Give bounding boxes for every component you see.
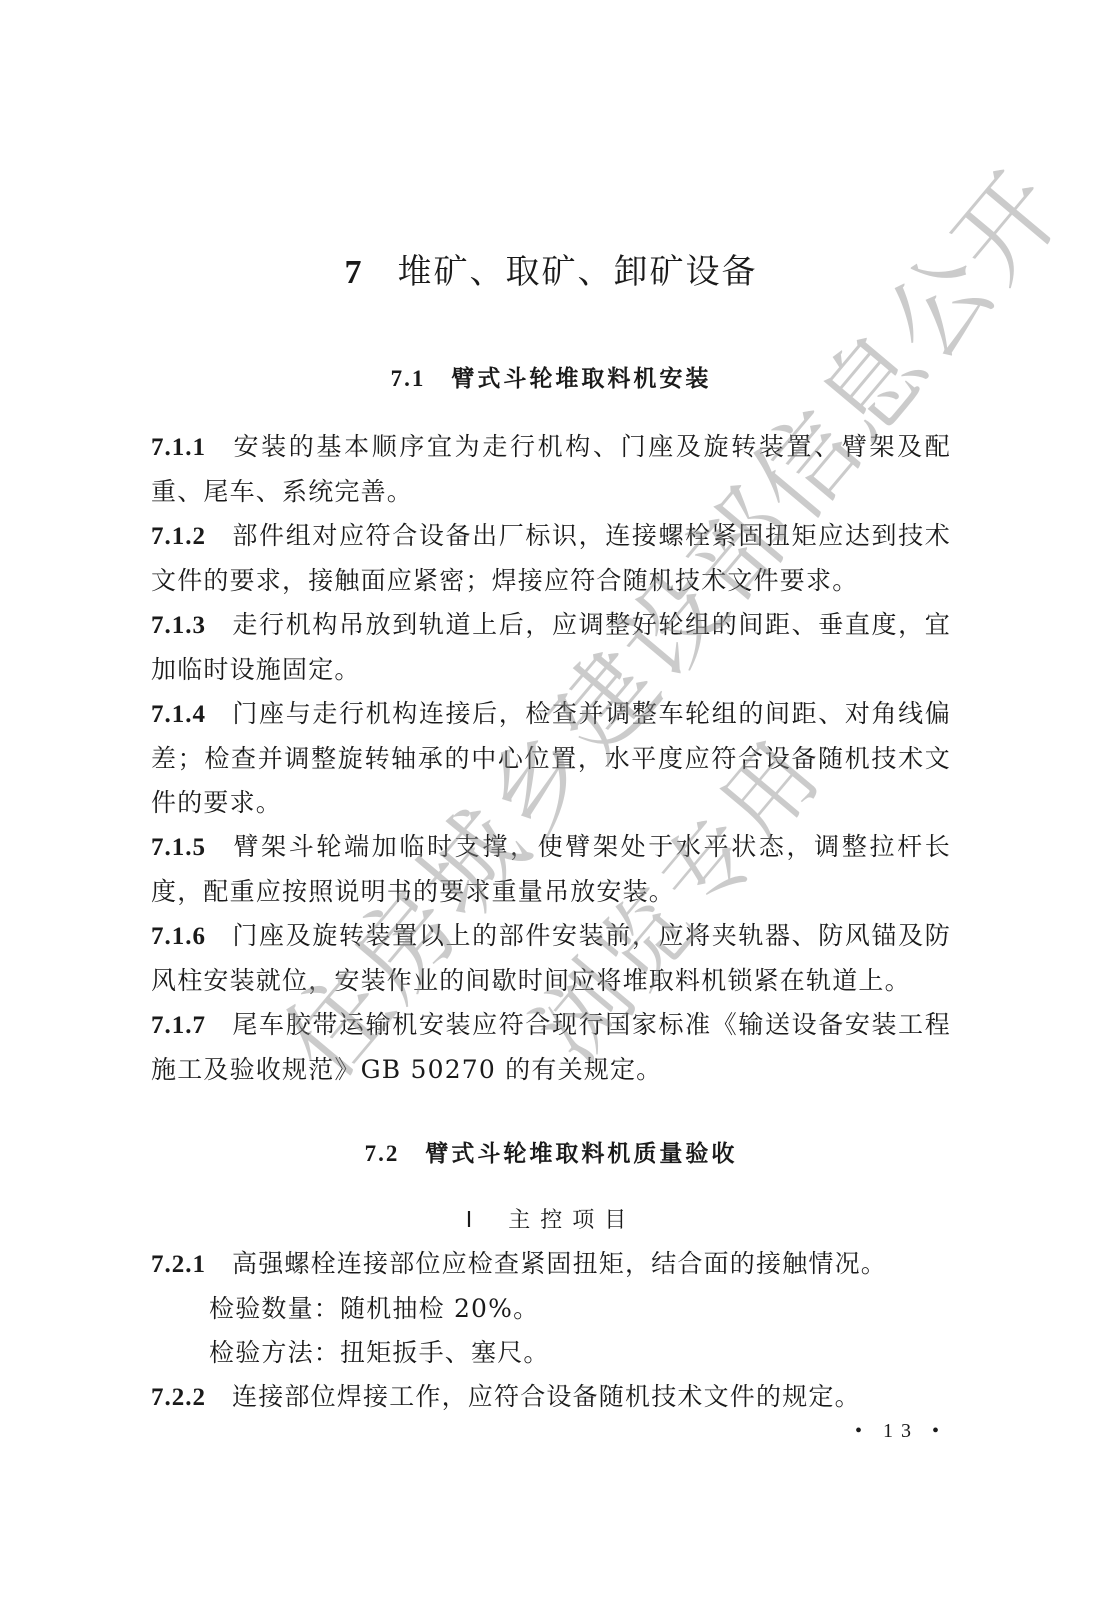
subsection-number: Ⅰ [466, 1207, 483, 1232]
chapter-title: 7堆矿、取矿、卸矿设备 [0, 248, 1102, 297]
clause-text: 高强螺栓连接部位应检查紧固扭矩，结合面的接触情况。 [232, 1249, 887, 1278]
clause-text: 部件组对应符合设备出厂标识，连接螺栓紧固扭矩应达到技术文件的要求，接触面应紧密；… [151, 521, 951, 595]
clause-number: 7.1.4 [151, 701, 206, 728]
clause-number: 7.2.2 [151, 1384, 206, 1411]
clause-number: 7.1.3 [151, 612, 206, 639]
inspection-method: 检验方法：扭矩扳手、塞尺。 [151, 1331, 951, 1375]
document-page: 7堆矿、取矿、卸矿设备 7.1臂式斗轮堆取料机安装 7.1.1安装的基本顺序宜为… [0, 0, 1102, 1598]
clause-text: 连接部位焊接工作，应符合设备随机技术文件的规定。 [232, 1382, 861, 1411]
clause-7-1-5: 7.1.5臂架斗轮端加临时支撑，使臂架处于水平状态，调整拉杆长度，配重应按照说明… [151, 825, 951, 914]
section-title-7-2: 7.2臂式斗轮堆取料机质量验收 [0, 1137, 1102, 1171]
clause-7-1-4: 7.1.4门座与走行机构连接后，检查并调整车轮组的间距、对角线偏差；检查并调整旋… [151, 692, 951, 825]
section-7-1-body: 7.1.1安装的基本顺序宜为走行机构、门座及旋转装置、臂架及配重、尾车、系统完善… [151, 425, 951, 1092]
inspection-quantity: 检验数量：随机抽检 20%。 [151, 1287, 951, 1331]
clause-7-1-7: 7.1.7尾车胶带运输机安装应符合现行国家标准《输送设备安装工程施工及验收规范》… [151, 1003, 951, 1092]
clause-text: 门座与走行机构连接后，检查并调整车轮组的间距、对角线偏差；检查并调整旋转轴承的中… [151, 699, 951, 817]
clause-7-2-2: 7.2.2连接部位焊接工作，应符合设备随机技术文件的规定。 [151, 1375, 951, 1420]
page-number: • 13 • [855, 1420, 947, 1443]
section-number: 7.1 [391, 366, 426, 391]
clause-number: 7.1.6 [151, 923, 206, 950]
clause-7-1-2: 7.1.2部件组对应符合设备出厂标识，连接螺栓紧固扭矩应达到技术文件的要求，接触… [151, 514, 951, 603]
clause-number: 7.1.1 [151, 434, 206, 461]
clause-text: 走行机构吊放到轨道上后，应调整好轮组的间距、垂直度，宜加临时设施固定。 [151, 610, 951, 684]
clause-text: 尾车胶带运输机安装应符合现行国家标准《输送设备安装工程施工及验收规范》GB 50… [151, 1010, 951, 1084]
chapter-number: 7 [345, 254, 364, 291]
section-title-text: 臂式斗轮堆取料机安装 [451, 366, 711, 392]
clause-7-1-1: 7.1.1安装的基本顺序宜为走行机构、门座及旋转装置、臂架及配重、尾车、系统完善… [151, 425, 951, 514]
clause-7-2-1: 7.2.1高强螺栓连接部位应检查紧固扭矩，结合面的接触情况。 [151, 1242, 951, 1287]
subsection-title-text: 主控项目 [508, 1208, 636, 1233]
chapter-title-text: 堆矿、取矿、卸矿设备 [398, 252, 758, 292]
clause-number: 7.1.5 [151, 834, 206, 861]
section-title-text: 臂式斗轮堆取料机质量验收 [425, 1141, 737, 1167]
section-number: 7.2 [365, 1141, 400, 1166]
clause-number: 7.1.2 [151, 523, 206, 550]
clause-number: 7.1.7 [151, 1012, 206, 1039]
section-7-2-body: 7.2.1高强螺栓连接部位应检查紧固扭矩，结合面的接触情况。 检验数量：随机抽检… [151, 1242, 951, 1420]
clause-text: 门座及旋转装置以上的部件安装前，应将夹轨器、防风锚及防风柱安装就位，安装作业的间… [151, 921, 951, 995]
clause-number: 7.2.1 [151, 1251, 206, 1278]
subsection-title-main-control: Ⅰ主控项目 [0, 1203, 1102, 1238]
clause-text: 臂架斗轮端加临时支撑，使臂架处于水平状态，调整拉杆长度，配重应按照说明书的要求重… [151, 832, 951, 906]
section-title-7-1: 7.1臂式斗轮堆取料机安装 [0, 362, 1102, 396]
clause-7-1-3: 7.1.3走行机构吊放到轨道上后，应调整好轮组的间距、垂直度，宜加临时设施固定。 [151, 603, 951, 692]
clause-7-1-6: 7.1.6门座及旋转装置以上的部件安装前，应将夹轨器、防风锚及防风柱安装就位，安… [151, 914, 951, 1003]
clause-text: 安装的基本顺序宜为走行机构、门座及旋转装置、臂架及配重、尾车、系统完善。 [151, 432, 951, 506]
